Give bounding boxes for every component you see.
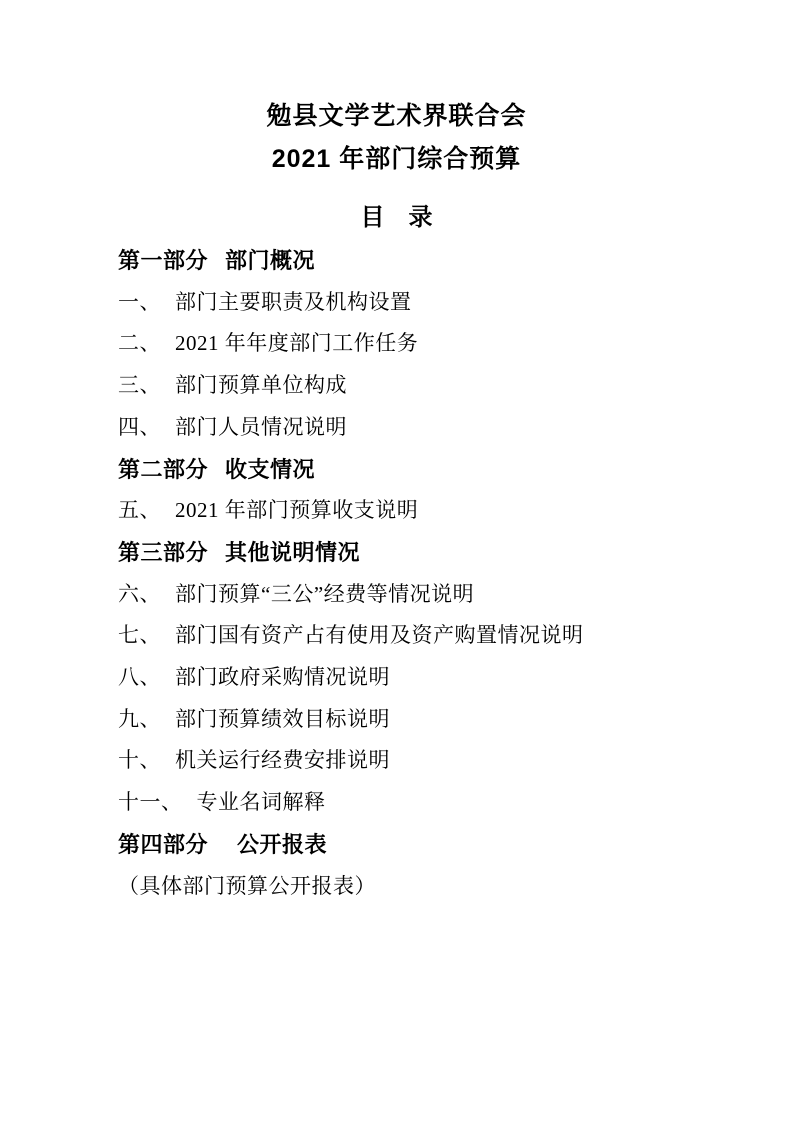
toc-item: 五、2021 年部门预算收支说明 <box>118 490 753 532</box>
toc-section-title: 公开报表 <box>237 832 327 857</box>
toc-section-heading: 第二部分收支情况 <box>118 449 753 491</box>
toc-item-number: 二、 <box>118 331 161 355</box>
toc-item: 八、部门政府采购情况说明 <box>118 657 753 699</box>
toc-item-text: 部门国有资产占有使用及资产购置情况说明 <box>175 623 584 647</box>
toc-item-text: 专业名词解释 <box>197 790 326 814</box>
toc-section-heading: 第四部分公开报表 <box>118 824 753 866</box>
toc-item-number: 九、 <box>118 707 161 731</box>
toc-item-number: 七、 <box>118 623 161 647</box>
toc-item: 十、机关运行经费安排说明 <box>118 740 753 782</box>
toc-section-heading: 第一部分部门概况 <box>118 240 753 282</box>
toc-item-number: 四、 <box>118 415 161 439</box>
toc-item-text: 部门预算单位构成 <box>175 373 347 397</box>
toc-section-heading: 第三部分其他说明情况 <box>118 532 753 574</box>
toc-item: 九、部门预算绩效目标说明 <box>118 699 753 741</box>
toc-item-text: 部门预算“三公”经费等情况说明 <box>175 582 474 606</box>
toc-item-number: 五、 <box>118 498 161 522</box>
toc-section-number: 第四部分 <box>118 832 208 857</box>
toc-item: 二、2021 年年度部门工作任务 <box>118 323 753 365</box>
toc-item-text: 2021 年年度部门工作任务 <box>175 331 418 355</box>
toc-title: 目 录 <box>0 204 793 232</box>
toc-note: （具体部门预算公开报表） <box>118 866 753 908</box>
toc-item-text: 部门预算绩效目标说明 <box>175 707 390 731</box>
toc-item-number: 十、 <box>118 748 161 772</box>
toc-section-title: 收支情况 <box>225 457 315 482</box>
toc-note-text: （具体部门预算公开报表） <box>118 874 376 898</box>
toc-item: 七、部门国有资产占有使用及资产购置情况说明 <box>118 615 753 657</box>
toc-section-title: 部门概况 <box>225 248 315 273</box>
toc-item-number: 十一、 <box>118 790 183 814</box>
toc-item-number: 三、 <box>118 373 161 397</box>
toc-item-text: 部门主要职责及机构设置 <box>175 290 412 314</box>
toc-item-number: 六、 <box>118 582 161 606</box>
toc-item: 三、部门预算单位构成 <box>118 365 753 407</box>
document-page: 勉县文学艺术界联合会 2021 年部门综合预算 目 录 第一部分部门概况 一、部… <box>0 0 793 1122</box>
toc-item: 十一、专业名词解释 <box>118 782 753 824</box>
toc-item: 六、部门预算“三公”经费等情况说明 <box>118 574 753 616</box>
toc-item: 四、部门人员情况说明 <box>118 407 753 449</box>
toc-item: 一、部门主要职责及机构设置 <box>118 282 753 324</box>
toc-item-number: 八、 <box>118 665 161 689</box>
toc-item-text: 部门人员情况说明 <box>175 415 347 439</box>
toc-section-title: 其他说明情况 <box>225 540 360 565</box>
document-title-line1: 勉县文学艺术界联合会 <box>0 102 793 131</box>
toc-section-number: 第一部分 <box>118 248 208 273</box>
table-of-contents: 第一部分部门概况 一、部门主要职责及机构设置 二、2021 年年度部门工作任务 … <box>118 240 753 907</box>
document-title-line2: 2021 年部门综合预算 <box>0 145 793 174</box>
toc-item-text: 2021 年部门预算收支说明 <box>175 498 418 522</box>
toc-item-text: 机关运行经费安排说明 <box>175 748 390 772</box>
toc-section-number: 第二部分 <box>118 457 208 482</box>
toc-section-number: 第三部分 <box>118 540 208 565</box>
toc-item-text: 部门政府采购情况说明 <box>175 665 390 689</box>
toc-item-number: 一、 <box>118 290 161 314</box>
